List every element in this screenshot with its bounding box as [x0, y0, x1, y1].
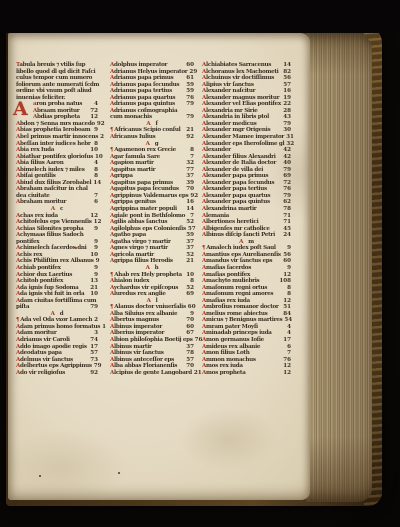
index-column-1: Tabula breuis ⁊ vtilis ſuplibello quod d…	[16, 62, 98, 376]
photo-background: A Tabula breuis ⁊ vtilis ſuplibello quod…	[0, 0, 400, 527]
page-speck	[75, 247, 77, 249]
index-column-3: Alchiabiates Sarracenus14Alchoranus lex …	[202, 62, 291, 376]
index-column-2: Adolphus imperator60Adrianus Helyus impe…	[110, 62, 194, 376]
index-entry-row: Ado vir religioſus92	[16, 370, 98, 377]
page-speck	[39, 475, 41, 477]
photo-top-shadow	[0, 0, 400, 33]
book-fore-edge	[306, 33, 372, 502]
page-speck	[118, 472, 120, 474]
index-entry-row: Alcipius de gente Langobard21	[110, 370, 194, 377]
index-entry-row: Amos propheta12	[202, 370, 291, 377]
